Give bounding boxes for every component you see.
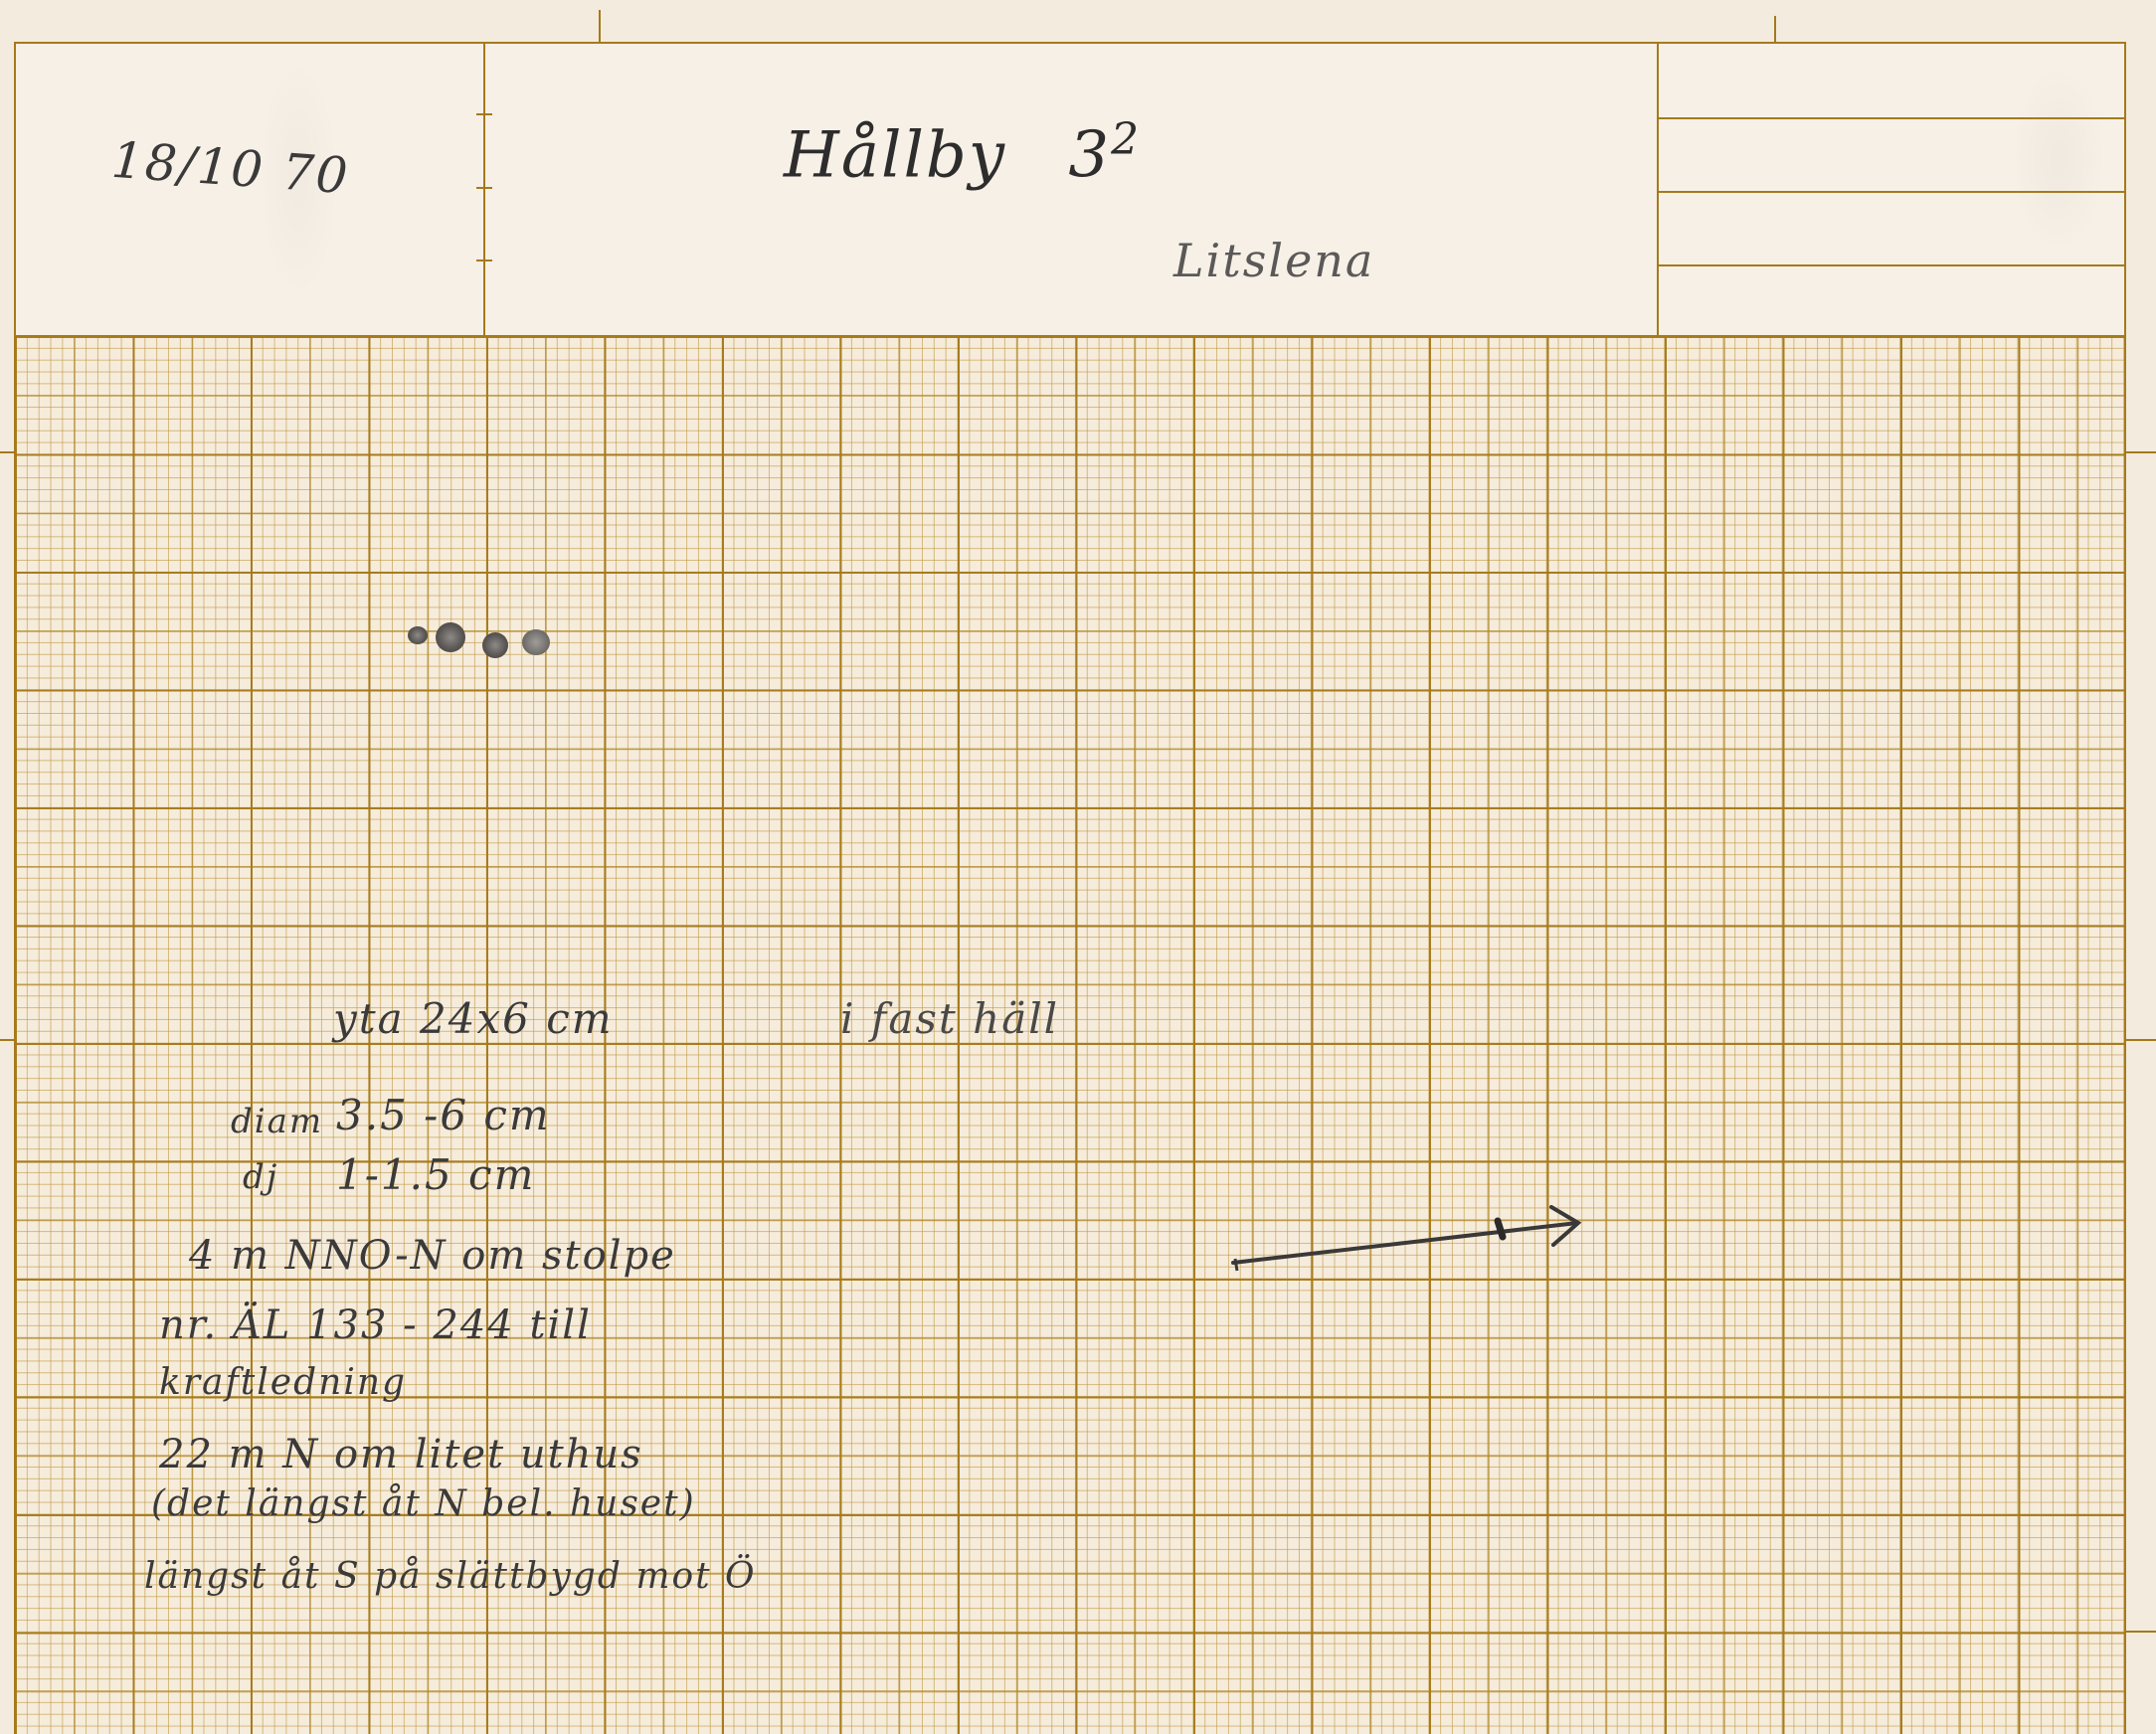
header-divider-right <box>1657 42 1659 335</box>
top-tick-right <box>1774 16 1776 44</box>
parish-name: Litslena <box>1173 234 1374 287</box>
right-edge-tick-3 <box>2126 1631 2156 1633</box>
note-diameter-value: 3.5 -6 cm <box>336 1091 551 1139</box>
site-number-superscript: 2 <box>1111 114 1141 165</box>
note-line-2: nr. ÄL 133 - 244 till <box>159 1302 592 1348</box>
note-depth-value: 1-1.5 cm <box>336 1150 535 1199</box>
cup-mark-3 <box>482 632 508 658</box>
header-tick-2 <box>476 187 492 189</box>
left-edge-tick-2 <box>0 1039 14 1041</box>
note-location-rock: i fast häll <box>840 994 1059 1043</box>
note-line-3: kraftledning <box>159 1362 407 1403</box>
note-line-1: 4 m NNO-N om stolpe <box>189 1233 676 1279</box>
cup-mark-1 <box>408 626 428 644</box>
cup-mark-2 <box>436 622 465 652</box>
site-name: Hållby 32 <box>784 114 1141 192</box>
cup-mark-4 <box>522 629 550 655</box>
note-line-4: 22 m N om litet uthus <box>159 1432 643 1477</box>
direction-arrow-icon <box>1223 1193 1601 1283</box>
site-name-text: Hållby <box>784 118 1006 192</box>
header-tick-1 <box>476 113 492 115</box>
note-depth-label: dj <box>243 1157 278 1197</box>
note-line-5: (det längst åt N bel. huset) <box>151 1483 696 1524</box>
header-tick-3 <box>476 260 492 261</box>
note-diameter-label: diam <box>231 1102 323 1141</box>
right-edge-tick-1 <box>2126 451 2156 453</box>
left-edge-tick-1 <box>0 451 14 453</box>
note-surface: yta 24x6 cm <box>333 994 614 1043</box>
top-tick-left <box>599 10 601 42</box>
site-number: 3 <box>1068 118 1111 192</box>
right-box-rule-2 <box>1658 191 2126 193</box>
note-line-6: längst åt S på slättbygd mot Ö <box>144 1556 757 1597</box>
right-edge-tick-2 <box>2126 1039 2156 1041</box>
right-box-rule-3 <box>1658 264 2126 266</box>
right-box-rule-1 <box>1658 117 2126 119</box>
